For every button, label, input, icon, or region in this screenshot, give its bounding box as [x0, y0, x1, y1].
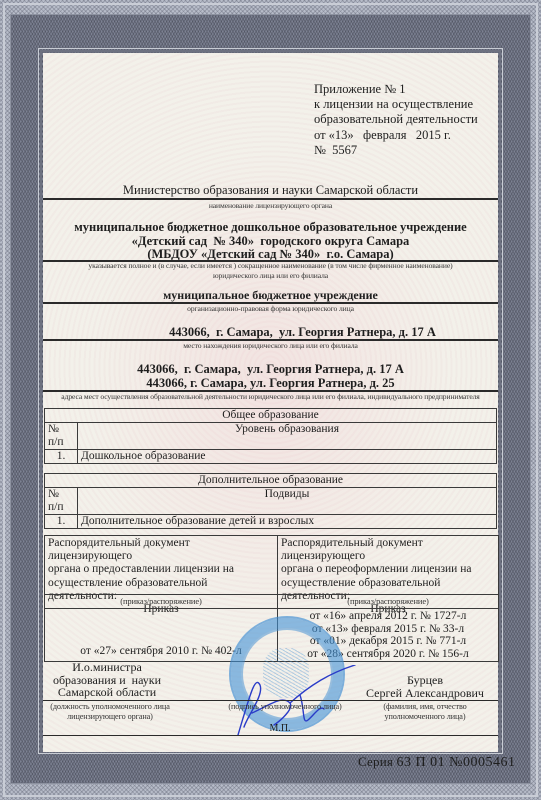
heading-line: органа о предоставлении лицензии на: [48, 563, 274, 576]
signatory-given-names: Сергей Александрович: [360, 687, 490, 700]
legal-form: муниципальное бюджетное учреждение: [43, 288, 498, 303]
organization-caption: указывается полное и (в случае, если име…: [43, 261, 498, 280]
divider: [43, 198, 498, 200]
appendix-title: Приложение № 1: [314, 82, 478, 97]
divider: [43, 735, 498, 736]
heading-line: органа о переоформлении лицензии на: [281, 563, 495, 576]
number-sign: №: [48, 488, 74, 501]
licensing-body: Министерство образования и науки Самарск…: [43, 183, 498, 198]
column-header-number: № п/п: [45, 423, 78, 450]
legal-form-caption: организационно-правовая форма юридическо…: [43, 304, 498, 313]
signatory-position: И.о.министра образования и науки Самарск…: [52, 661, 162, 699]
position-caption: (должность уполномоченного лица лицензир…: [50, 702, 170, 721]
row-level: Дошкольное образование: [78, 450, 497, 464]
activity-address-1: 443066, г. Самара, ул. Георгия Ратнера, …: [43, 363, 498, 377]
organization-caption-1: указывается полное и (в случае, если име…: [43, 261, 498, 271]
row-number: 1.: [45, 515, 78, 529]
licensing-body-caption: наименование лицензирующего органа: [43, 201, 498, 210]
table-row: 1. Дополнительное образование детей и вз…: [45, 515, 497, 529]
position-line: Самарской области: [52, 686, 162, 699]
position-line: И.о.министра: [52, 661, 162, 674]
grant-order-caption: (приказ/распоряжение): [45, 596, 277, 606]
heading-line: Распорядительный документ лицензирующего: [281, 537, 495, 563]
organization-caption-2: юридического лица или его филиала: [43, 271, 498, 281]
legal-address-caption: место нахождения юридического лица или е…: [43, 341, 498, 350]
number-sign: №: [48, 423, 74, 436]
number-abbrev: п/п: [48, 436, 74, 449]
appendix-line-2: образовательной деятельности: [314, 112, 478, 127]
row-subtype: Дополнительное образование детей и взрос…: [78, 515, 497, 529]
column-header-number: № п/п: [45, 488, 78, 515]
additional-education-title: Дополнительное образование: [45, 474, 497, 488]
number-abbrev: п/п: [48, 501, 74, 514]
activity-addresses-caption: адреса мест осуществления образовательно…: [43, 392, 498, 401]
organization-line-1: муниципальное бюджетное дошкольное образ…: [43, 221, 498, 235]
name-caption: (фамилия, имя, отчество уполномоченного …: [365, 702, 485, 721]
signatory-name: Бурцев Сергей Александрович: [360, 674, 490, 699]
caption-line: лицензирующего органа): [50, 712, 170, 722]
serial-number: 63 П 01 №0005461: [397, 755, 516, 770]
legal-address: 443066, г. Самара, ул. Георгия Ратнера, …: [75, 325, 530, 340]
form-serial: Серия 63 П 01 №0005461: [358, 754, 515, 771]
seal-label: М.П.: [250, 723, 310, 734]
organization-name: муниципальное бюджетное дошкольное образ…: [43, 221, 498, 262]
additional-education-table: Дополнительное образование № п/п Подвиды…: [44, 473, 497, 529]
caption-line: (должность уполномоченного лица: [50, 702, 170, 712]
activity-address-2: 443066, г. Самара, ул. Георгия Ратнера, …: [43, 377, 498, 391]
reissue-order-caption: (приказ/распоряжение): [278, 596, 498, 606]
appendix-header: Приложение № 1 к лицензии на осуществлен…: [314, 82, 478, 158]
caption-line: (фамилия, имя, отчество: [365, 702, 485, 712]
table-row: 1. Дошкольное образование: [45, 450, 497, 464]
row-number: 1.: [45, 450, 78, 464]
divider: [45, 608, 277, 609]
divider: [45, 594, 277, 595]
serial-label: Серия: [358, 754, 393, 769]
appendix-date: от «13» февраля 2015 г.: [314, 128, 478, 143]
activity-addresses: 443066, г. Самара, ул. Георгия Ратнера, …: [43, 363, 498, 390]
heading-line: Распорядительный документ лицензирующего: [48, 537, 274, 563]
caption-line: уполномоченного лица): [365, 712, 485, 722]
divider: [278, 594, 498, 595]
signature-caption: (подпись уполномоченного лица): [220, 702, 350, 711]
appendix-number: № 5567: [314, 143, 478, 158]
general-education-title: Общее образование: [45, 409, 497, 423]
organization-line-2: «Детский сад № 340» городского округа Са…: [43, 235, 498, 249]
general-education-table: Общее образование № п/п Уровень образова…: [44, 408, 497, 464]
divider: [43, 700, 498, 701]
column-header-level: Уровень образования: [78, 423, 497, 450]
appendix-line-1: к лицензии на осуществление: [314, 97, 478, 112]
divider: [278, 608, 498, 609]
column-header-subtypes: Подвиды: [78, 488, 497, 515]
signatory-surname: Бурцев: [360, 674, 490, 687]
